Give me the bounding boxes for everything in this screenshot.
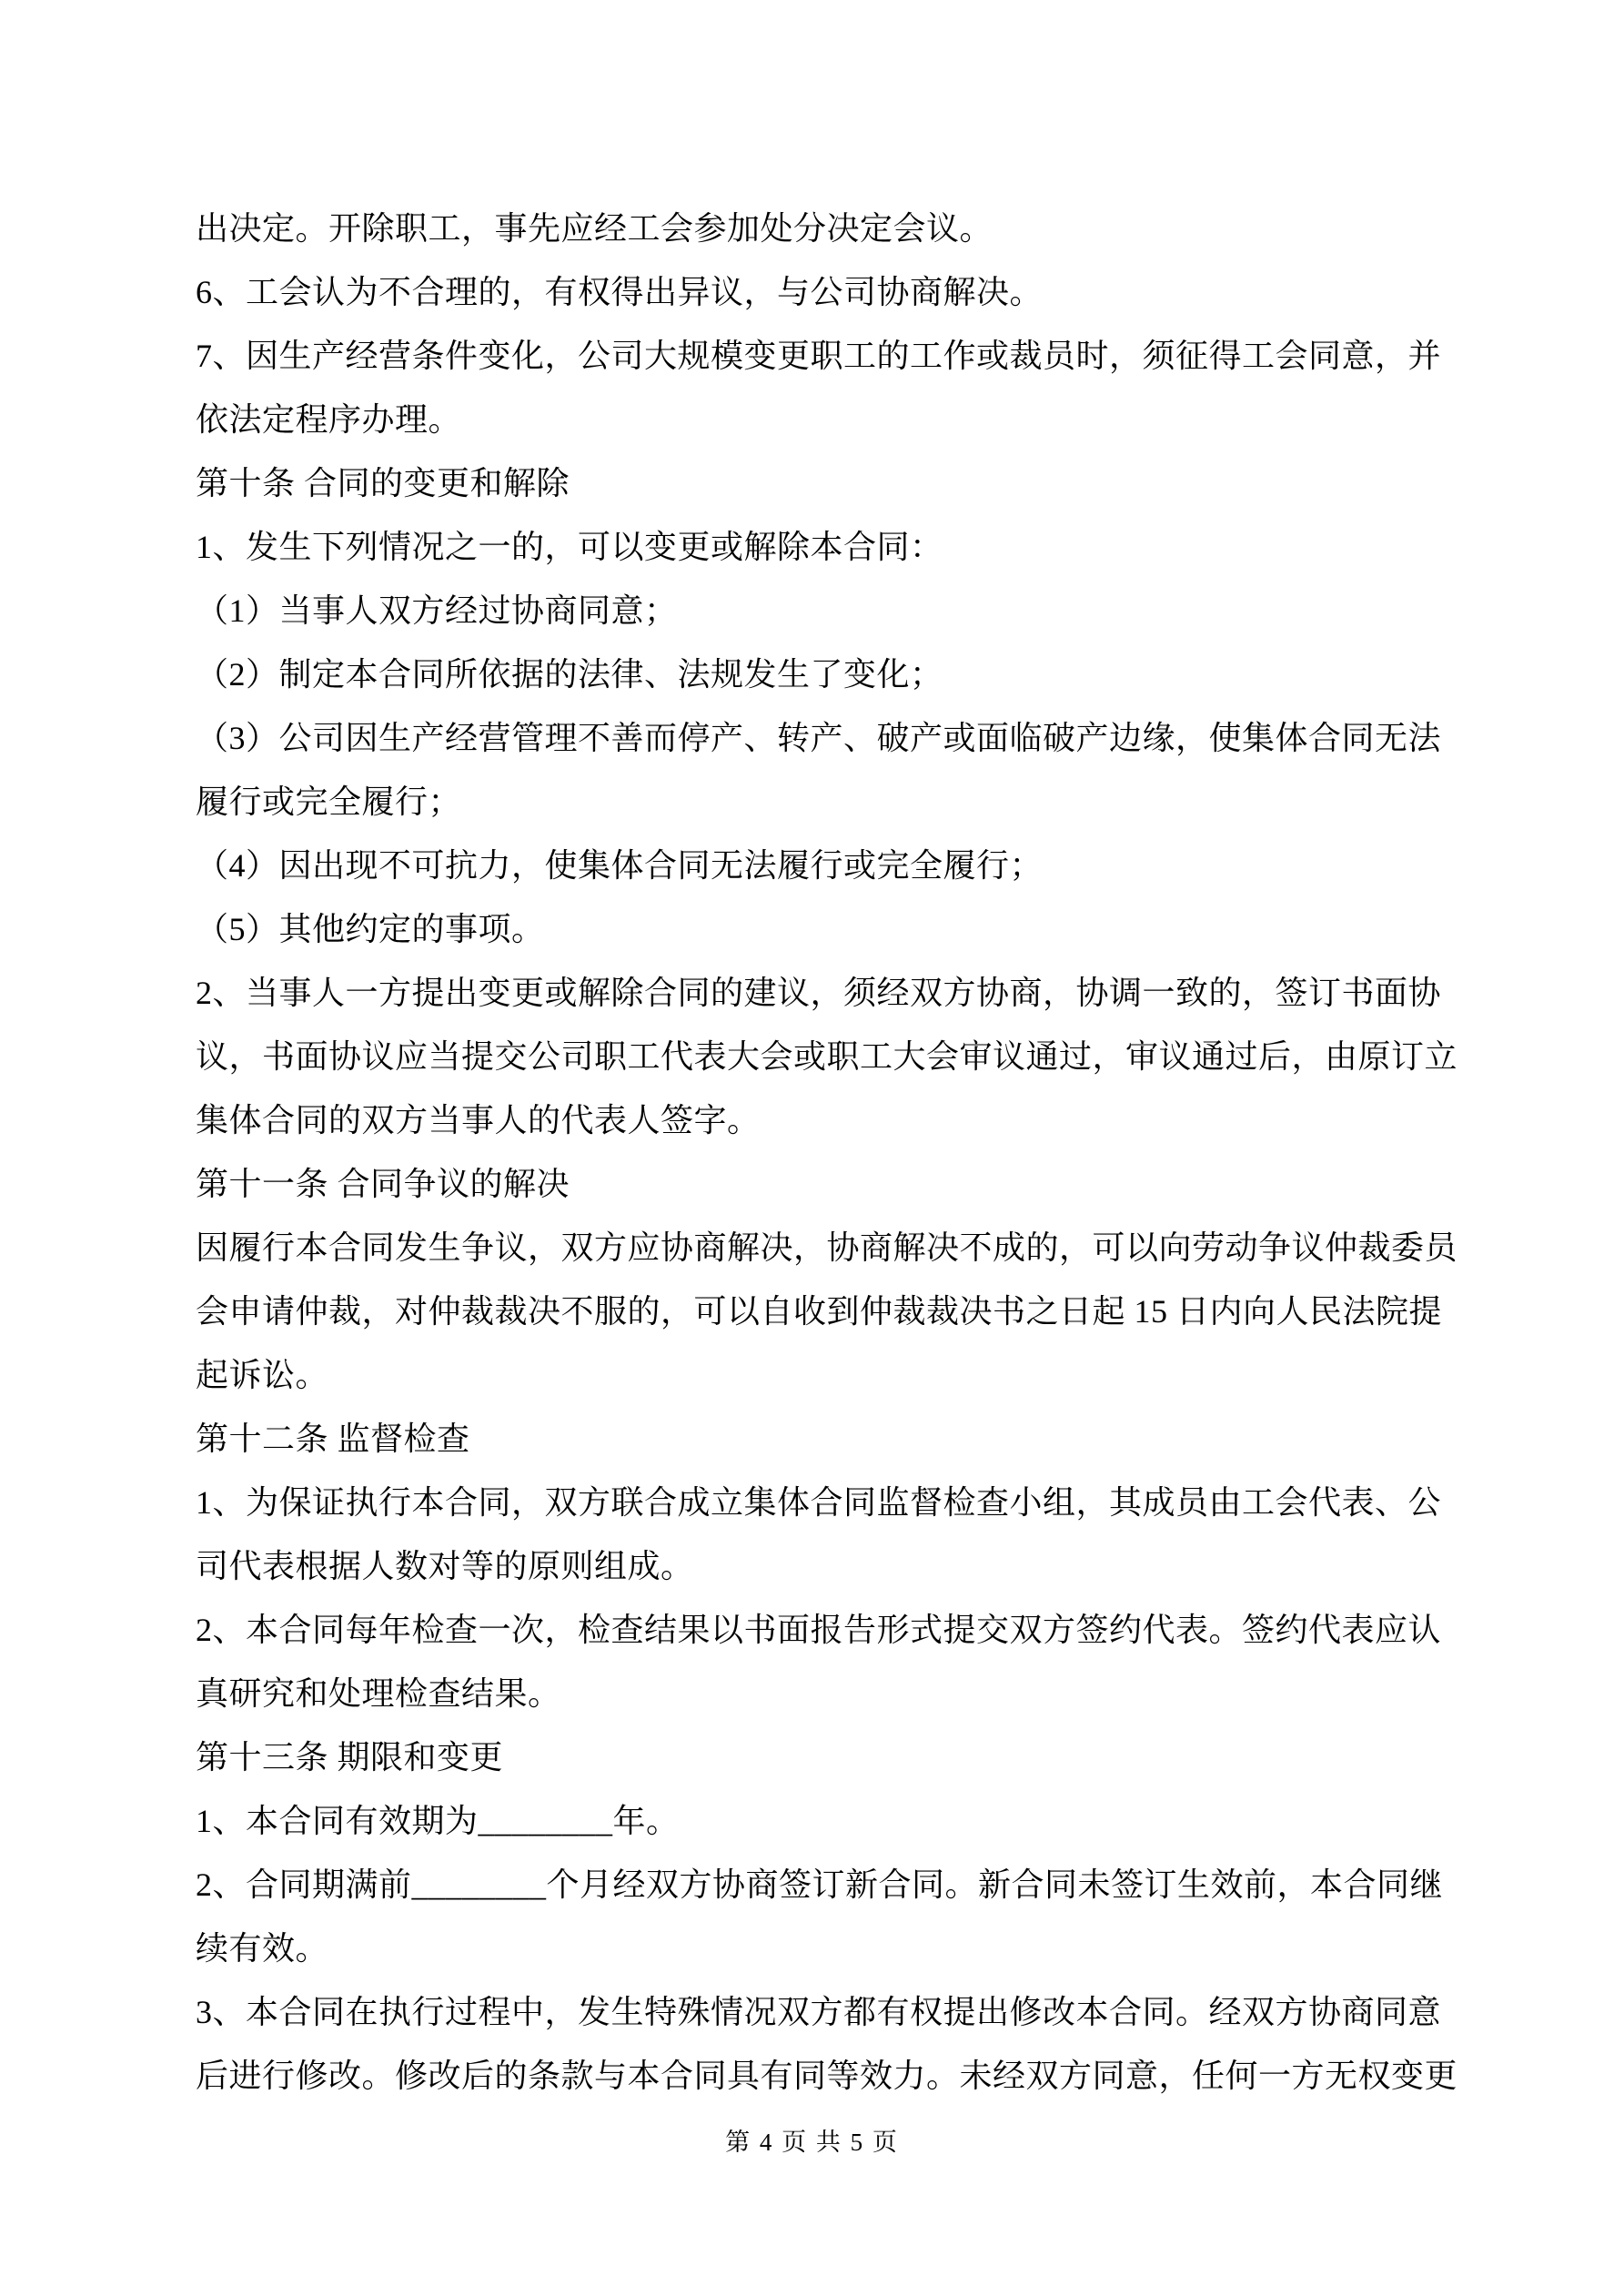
text-line: 1、发生下列情况之一的，可以变更或解除本合同： xyxy=(196,515,1433,579)
document-page: 出决定。开除职工，事先应经工会参加处分决定会议。 6、工会认为不合理的，有权得出… xyxy=(0,0,1624,2296)
text-line: 6、工会认为不合理的，有权得出异议，与公司协商解决。 xyxy=(196,260,1433,324)
text-line: 会申请仲裁，对仲裁裁决不服的，可以自收到仲裁裁决书之日起 15 日内向人民法院提 xyxy=(196,1279,1433,1343)
text-line: （1）当事人双方经过协商同意； xyxy=(196,579,1433,642)
text-line: 真研究和处理检查结果。 xyxy=(196,1662,1433,1725)
text-line: 续有效。 xyxy=(196,1917,1433,1980)
text-line: 因履行本合同发生争议，双方应协商解决，协商解决不成的，可以向劳动争议仲裁委员 xyxy=(196,1216,1433,1279)
text-line: 2、本合同每年检查一次，检查结果以书面报告形式提交双方签约代表。签约代表应认 xyxy=(196,1598,1433,1662)
text-line: （5）其他约定的事项。 xyxy=(196,897,1433,961)
text-line: 后进行修改。修改后的条款与本合同具有同等效力。未经双方同意，任何一方无权变更 xyxy=(196,2044,1433,2108)
text-line: 履行或完全履行； xyxy=(196,770,1433,834)
section-heading-article-12: 第十二条 监督检查 xyxy=(196,1407,1433,1471)
text-line: 起诉讼。 xyxy=(196,1343,1433,1407)
text-line: 3、本合同在执行过程中，发生特殊情况双方都有权提出修改本合同。经双方协商同意 xyxy=(196,1980,1433,2044)
text-line: 7、因生产经营条件变化，公司大规模变更职工的工作或裁员时，须征得工会同意，并 xyxy=(196,324,1433,388)
text-line: 出决定。开除职工，事先应经工会参加处分决定会议。 xyxy=(196,197,1433,260)
text-line-blank-years: 1、本合同有效期为________年。 xyxy=(196,1789,1433,1853)
text-line: 1、为保证执行本合同，双方联合成立集体合同监督检查小组，其成员由工会代表、公 xyxy=(196,1471,1433,1534)
text-line: 议，书面协议应当提交公司职工代表大会或职工大会审议通过，审议通过后，由原订立 xyxy=(196,1025,1433,1088)
text-line: （2）制定本合同所依据的法律、法规发生了变化； xyxy=(196,642,1433,706)
page-number-footer: 第 4 页 共 5 页 xyxy=(0,2124,1624,2160)
section-heading-article-10: 第十条 合同的变更和解除 xyxy=(196,451,1433,515)
section-heading-article-13: 第十三条 期限和变更 xyxy=(196,1725,1433,1789)
contract-text-block: 出决定。开除职工，事先应经工会参加处分决定会议。 6、工会认为不合理的，有权得出… xyxy=(196,197,1433,2108)
text-line: 依法定程序办理。 xyxy=(196,388,1433,451)
text-line: （4）因出现不可抗力，使集体合同无法履行或完全履行； xyxy=(196,834,1433,897)
text-line: 集体合同的双方当事人的代表人签字。 xyxy=(196,1088,1433,1152)
text-line: （3）公司因生产经营管理不善而停产、转产、破产或面临破产边缘，使集体合同无法 xyxy=(196,706,1433,770)
text-line: 司代表根据人数对等的原则组成。 xyxy=(196,1534,1433,1598)
text-line: 2、当事人一方提出变更或解除合同的建议，须经双方协商，协调一致的，签订书面协 xyxy=(196,961,1433,1025)
text-line-blank-months: 2、合同期满前________个月经双方协商签订新合同。新合同未签订生效前，本合… xyxy=(196,1853,1433,1917)
section-heading-article-11: 第十一条 合同争议的解决 xyxy=(196,1152,1433,1216)
